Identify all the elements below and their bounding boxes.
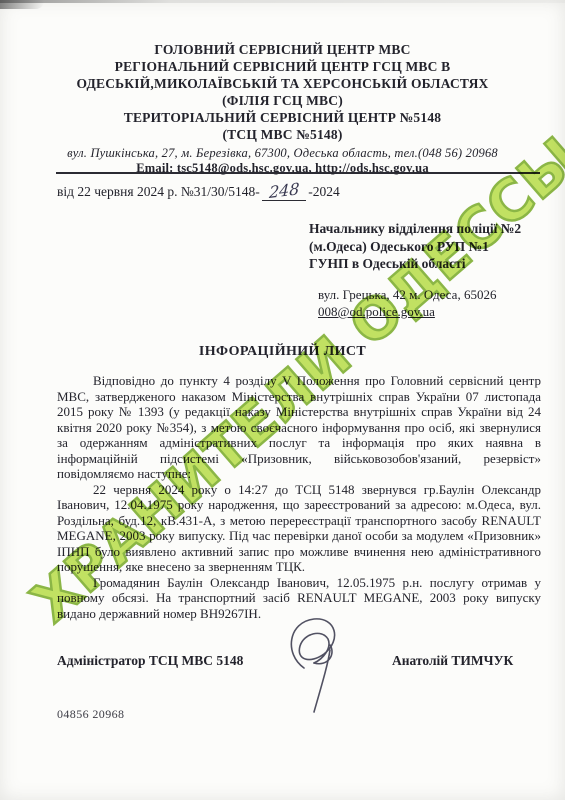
footer-phone-code: 04856 20968 xyxy=(57,707,124,722)
letterhead-line: (ФІЛІЯ ГСЦ МВС) xyxy=(30,92,535,109)
body-paragraph: 22 червня 2024 року о 14:27 до ТСЦ 5148 … xyxy=(57,482,541,575)
addressee-address-block: вул. Грецька, 42 м. Одеса, 65026 008@od.… xyxy=(318,286,496,320)
addressee-street: вул. Грецька, 42 м. Одеса, 65026 xyxy=(318,286,496,303)
letterhead-line: ГОЛОВНИЙ СЕРВІСНИЙ ЦЕНТР МВС xyxy=(30,41,535,58)
scan-corner-smudge xyxy=(0,0,44,9)
letterhead-line: ОДЕСЬКІЙ,МИКОЛАЇВСЬКІЙ ТА ХЕРСОНСЬКІЙ ОБ… xyxy=(30,75,535,92)
outgoing-number-suffix: -2024 xyxy=(308,184,340,199)
outgoing-number-prefix: від 22 червня 2024 р. №31/30/5148- xyxy=(57,184,260,199)
handwritten-signature xyxy=(270,608,365,718)
signer-role: Адміністратор ТСЦ МВС 5148 xyxy=(57,653,243,669)
letterhead-line: РЕГІОНАЛЬНИЙ СЕРВІСНИЙ ЦЕНТР ГСЦ МВС В xyxy=(30,58,535,75)
letterhead-line: (ТСЦ МВС №5148) xyxy=(30,126,535,143)
letterhead-line: ТЕРИТОРІАЛЬНИЙ СЕРВІСНИЙ ЦЕНТР №5148 xyxy=(30,109,535,126)
addressee-email: 008@od.police.gov.ua xyxy=(318,303,496,320)
addressee-line: ГУНП в Одеській області xyxy=(309,255,549,273)
letter-body: Відповідно до пункту 4 розділу V Положен… xyxy=(57,373,541,621)
scan-edge-artifact xyxy=(0,0,565,3)
letterhead: ГОЛОВНИЙ СЕРВІСНИЙ ЦЕНТР МВС РЕГІОНАЛЬНИ… xyxy=(30,41,535,176)
handwritten-number-slot: 248 xyxy=(262,181,307,201)
addressee-line: (м.Одеса) Одеського РУП №1 xyxy=(309,238,549,256)
letterhead-street-line: вул. Пушкінська, 27, м. Березівка, 67300… xyxy=(30,145,535,161)
outgoing-number-line: від 22 червня 2024 р. №31/30/5148-248-20… xyxy=(57,181,340,201)
header-divider-line xyxy=(56,172,540,174)
signer-name: Анатолій ТИМЧУК xyxy=(392,653,513,669)
addressee-block: Начальнику відділення поліції №2 (м.Одес… xyxy=(309,220,549,273)
handwritten-number: 248 xyxy=(268,179,299,202)
letter-title: ІНФОРАЦІЙНИЙ ЛИСТ xyxy=(30,344,535,360)
body-paragraph: Відповідно до пункту 4 розділу V Положен… xyxy=(57,373,541,482)
scanned-letter-page: ГОЛОВНИЙ СЕРВІСНИЙ ЦЕНТР МВС РЕГІОНАЛЬНИ… xyxy=(0,0,565,800)
addressee-line: Начальнику відділення поліції №2 xyxy=(309,220,549,238)
